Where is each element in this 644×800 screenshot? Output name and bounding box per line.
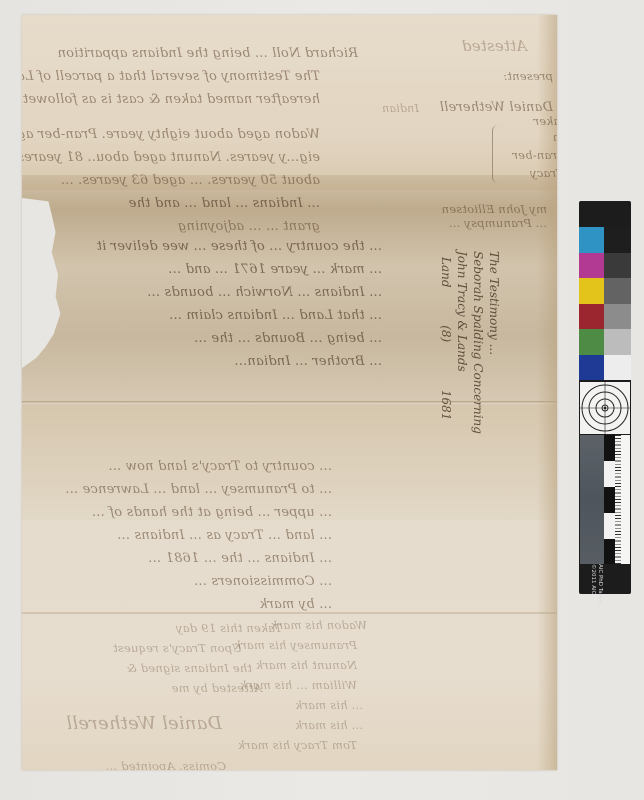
text-line: ... Pranumpsy ... bbox=[407, 213, 547, 233]
docket-line: Land bbox=[439, 257, 453, 288]
scale-ruler bbox=[579, 435, 631, 564]
text-line: ... being ... Bounds ... the ... bbox=[52, 327, 382, 350]
swatch-red bbox=[579, 304, 604, 330]
signature-line: Pranumsey his mark bbox=[227, 635, 357, 655]
text-line: ... upper ... being at the hands of ... bbox=[32, 501, 332, 524]
text-line: ... Indians ... land ... and the bbox=[30, 192, 320, 215]
swatch-gray-4 bbox=[604, 304, 631, 330]
middle-text-block: ... the country ... of these ... wee del… bbox=[52, 235, 382, 373]
text-line: ... by mark bbox=[32, 593, 332, 616]
upper-right-names-block: Attested present: Daniel Wetherell Speak… bbox=[407, 35, 547, 221]
target-label: AIC PhD Target ©2011 AIC bbox=[585, 568, 625, 592]
signature-line: Nanunt his mark bbox=[227, 655, 357, 675]
swatch-gray-1 bbox=[604, 227, 631, 253]
docket-year: 1681 bbox=[439, 390, 453, 421]
text-line: ... that Land ... Indians claim ... bbox=[52, 304, 382, 327]
bullseye-icon bbox=[580, 382, 630, 434]
swatch-blue bbox=[579, 355, 604, 381]
text-line: ... mark ... yeare 1671 ... and ... bbox=[52, 258, 382, 281]
swatch-green bbox=[579, 329, 604, 355]
text-line: Pran-ber bbox=[425, 145, 557, 165]
text-line: Tom Tracy bbox=[453, 163, 557, 183]
swatch-gray-6 bbox=[604, 355, 631, 381]
signature-line: ... his mark bbox=[233, 695, 363, 715]
text-line: Comiss. Apointed ... bbox=[46, 756, 226, 770]
text-line: Wadon bbox=[453, 127, 557, 147]
swatch-yellow bbox=[579, 278, 604, 304]
signature-line: ... his mark bbox=[233, 715, 363, 735]
docket: The Testimony ... Seborah Spalding Conce… bbox=[484, 251, 504, 431]
attestation-block: Taken this 19 day Upon Tracy's request t… bbox=[32, 618, 212, 769]
bracket-label: Indian bbox=[382, 99, 419, 119]
signatures-list: Wadon his mark Pranumsey his mark Nanunt… bbox=[227, 615, 357, 755]
docket-line: The Testimony ... bbox=[486, 251, 502, 434]
lower-text-block: ... country to Tracy's land now ... ... … bbox=[32, 455, 332, 616]
manuscript-sheet: Richard Noll ... being the Indians appar… bbox=[22, 15, 557, 770]
text-line: about 50 yeares. ... aged 63 yeares. ... bbox=[30, 169, 320, 192]
signature-line: Wadon his mark bbox=[237, 615, 367, 635]
color-reference-target: AIC PhD Target ©2011 AIC bbox=[579, 201, 631, 594]
text-line: eig...y yeares. Nanunt aged abou.. 81 ye… bbox=[30, 146, 320, 169]
text-line: hereafter named taken & cast is as follo… bbox=[30, 88, 320, 111]
text-line: Wadon aged about eighty yeare. Pran-ber … bbox=[30, 123, 320, 146]
text-line: Attested bbox=[387, 35, 527, 58]
swatch-gray-2 bbox=[604, 253, 631, 279]
text-line: ... Brother ... Indian... bbox=[52, 350, 382, 373]
text-line: ... Indians ... the ... 1681 ... bbox=[32, 547, 332, 570]
signature-line: William ... his mark bbox=[227, 675, 357, 695]
docket-number: (8) bbox=[439, 325, 453, 342]
text-line: ... Commissioners ... bbox=[32, 570, 332, 593]
text-line: the Indians signed & bbox=[72, 658, 252, 678]
swatch-gray-5 bbox=[604, 329, 631, 355]
swatch-magenta bbox=[579, 253, 604, 279]
docket-line: John Tracy & Lands bbox=[454, 251, 470, 434]
text-line: The Testimony of several that a parcell … bbox=[30, 65, 320, 88]
brace-mark bbox=[492, 125, 501, 183]
text-line: ... to Pranumsey ... land ... Lawrence .… bbox=[32, 478, 332, 501]
text-line: present: bbox=[413, 66, 553, 86]
text-line: Richard Noll ... being the Indians appar… bbox=[68, 42, 358, 65]
text-line: ... land ... Tracy as ... Indians ... bbox=[32, 524, 332, 547]
text-line: Upon Tracy's request bbox=[62, 638, 242, 658]
signature-line: Tom Tracy his mark bbox=[227, 735, 357, 755]
swatch-gray-3 bbox=[604, 278, 631, 304]
text-line: ... Indians ... Norwich ... bounds ... bbox=[52, 281, 382, 304]
docket-line: Seborah Spalding Concerning bbox=[470, 251, 486, 434]
swatch-cyan bbox=[579, 227, 604, 253]
text-line: ... country to Tracy's land now ... bbox=[32, 455, 332, 478]
signature: Daniel Wetherell bbox=[42, 710, 222, 738]
color-swatches bbox=[579, 227, 631, 380]
text-line: ... the country ... of these ... wee del… bbox=[52, 235, 382, 258]
upper-left-text-block: Richard Noll ... being the Indians appar… bbox=[30, 42, 320, 238]
